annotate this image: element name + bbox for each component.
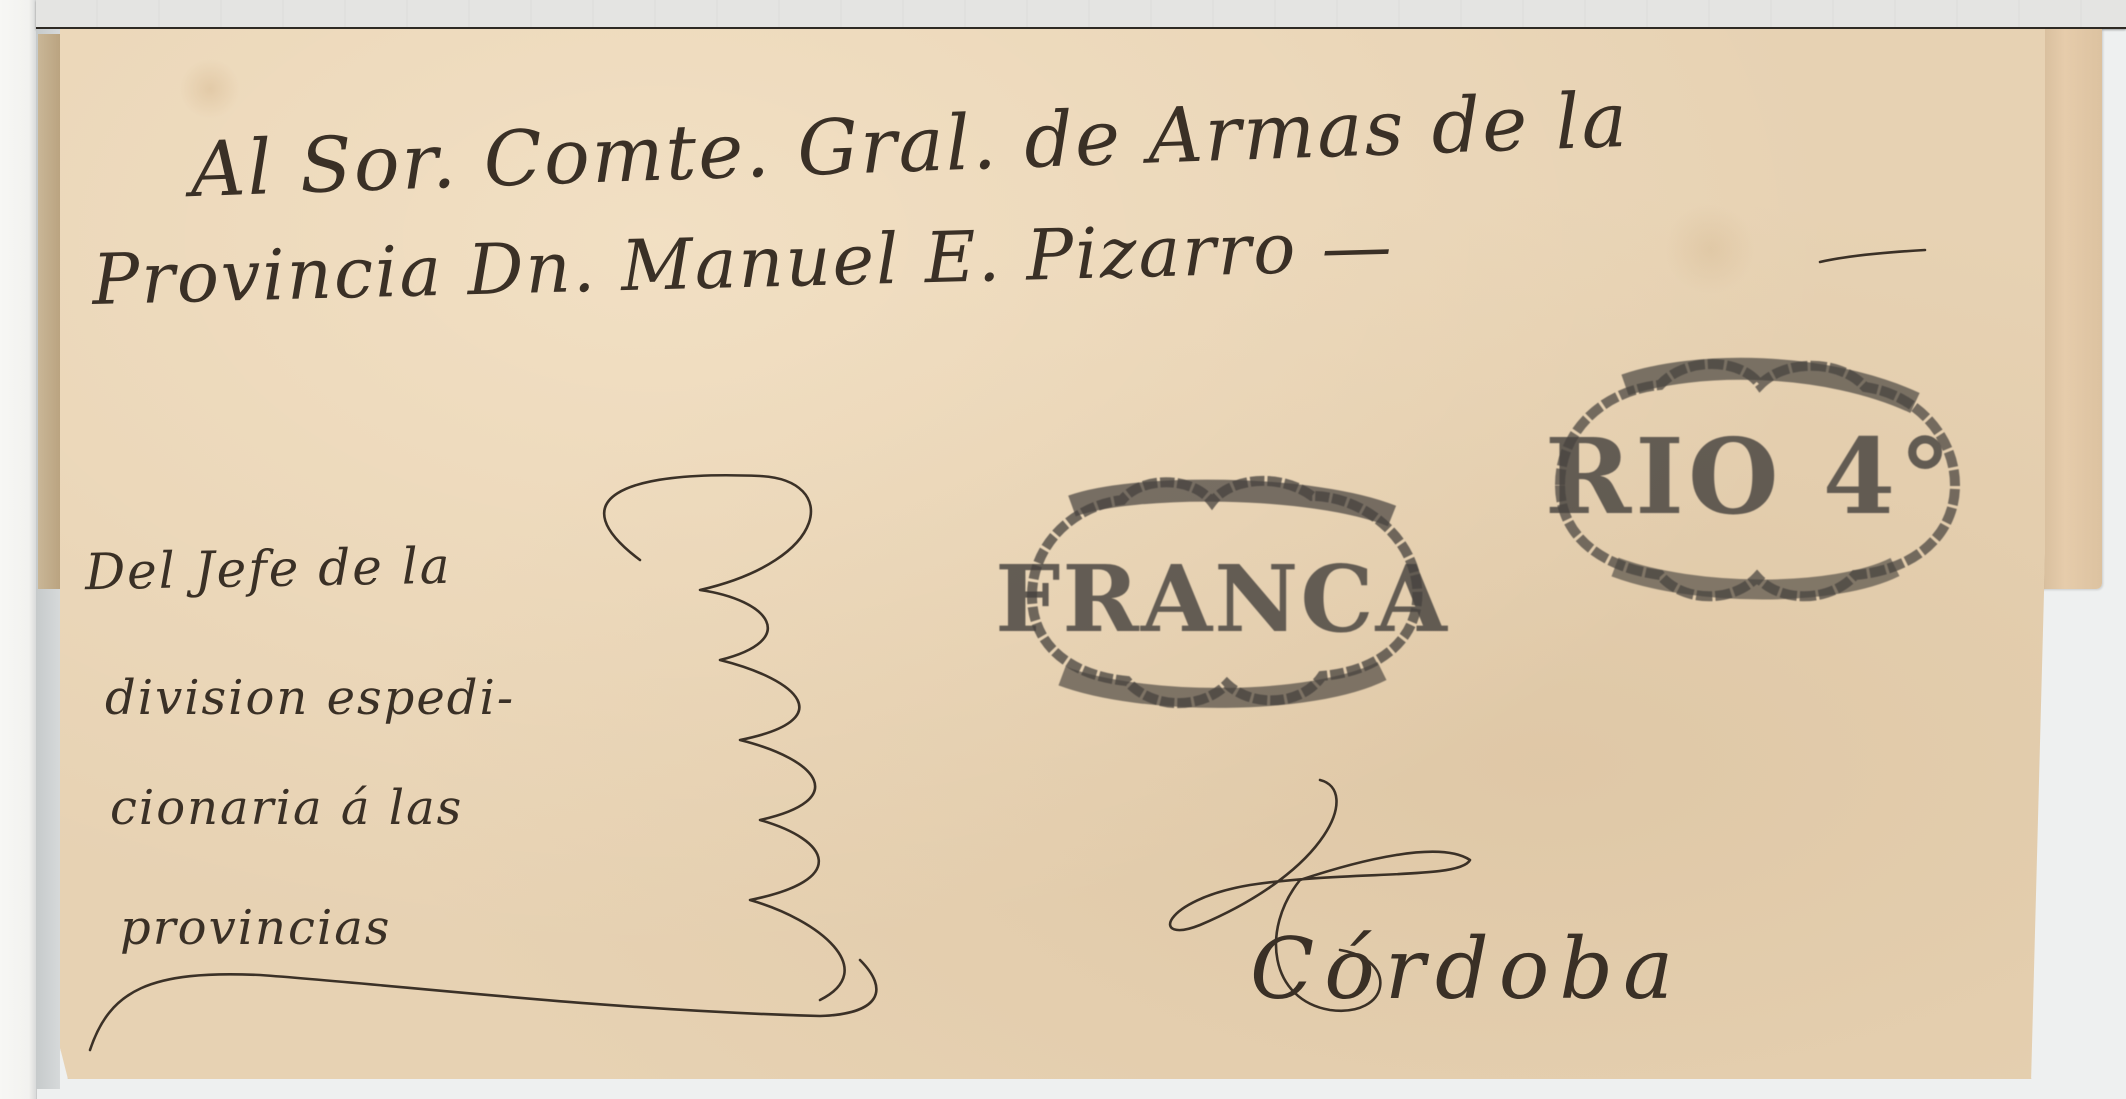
franca-postal-marking: FRANCA xyxy=(1012,466,1432,716)
scanner-margin-left xyxy=(0,0,37,1099)
sender-note-line-3: cionaria á las xyxy=(110,780,463,836)
sender-note-line-1: Del Jefe de la xyxy=(85,537,452,601)
franca-text: FRANCA xyxy=(995,545,1449,653)
letter-back-flap xyxy=(38,34,62,589)
origin-text: RIO 4° xyxy=(1545,415,1955,538)
destination-city: Córdoba xyxy=(1250,920,1683,1018)
letter-side-flap xyxy=(2040,29,2102,589)
sender-note-line-4: provincias xyxy=(120,900,391,956)
origin-postal-marking: RIO 4° xyxy=(1535,345,1965,615)
sender-note-line-2: division espedi- xyxy=(105,670,515,726)
scanner-backing-strip xyxy=(36,0,2126,29)
